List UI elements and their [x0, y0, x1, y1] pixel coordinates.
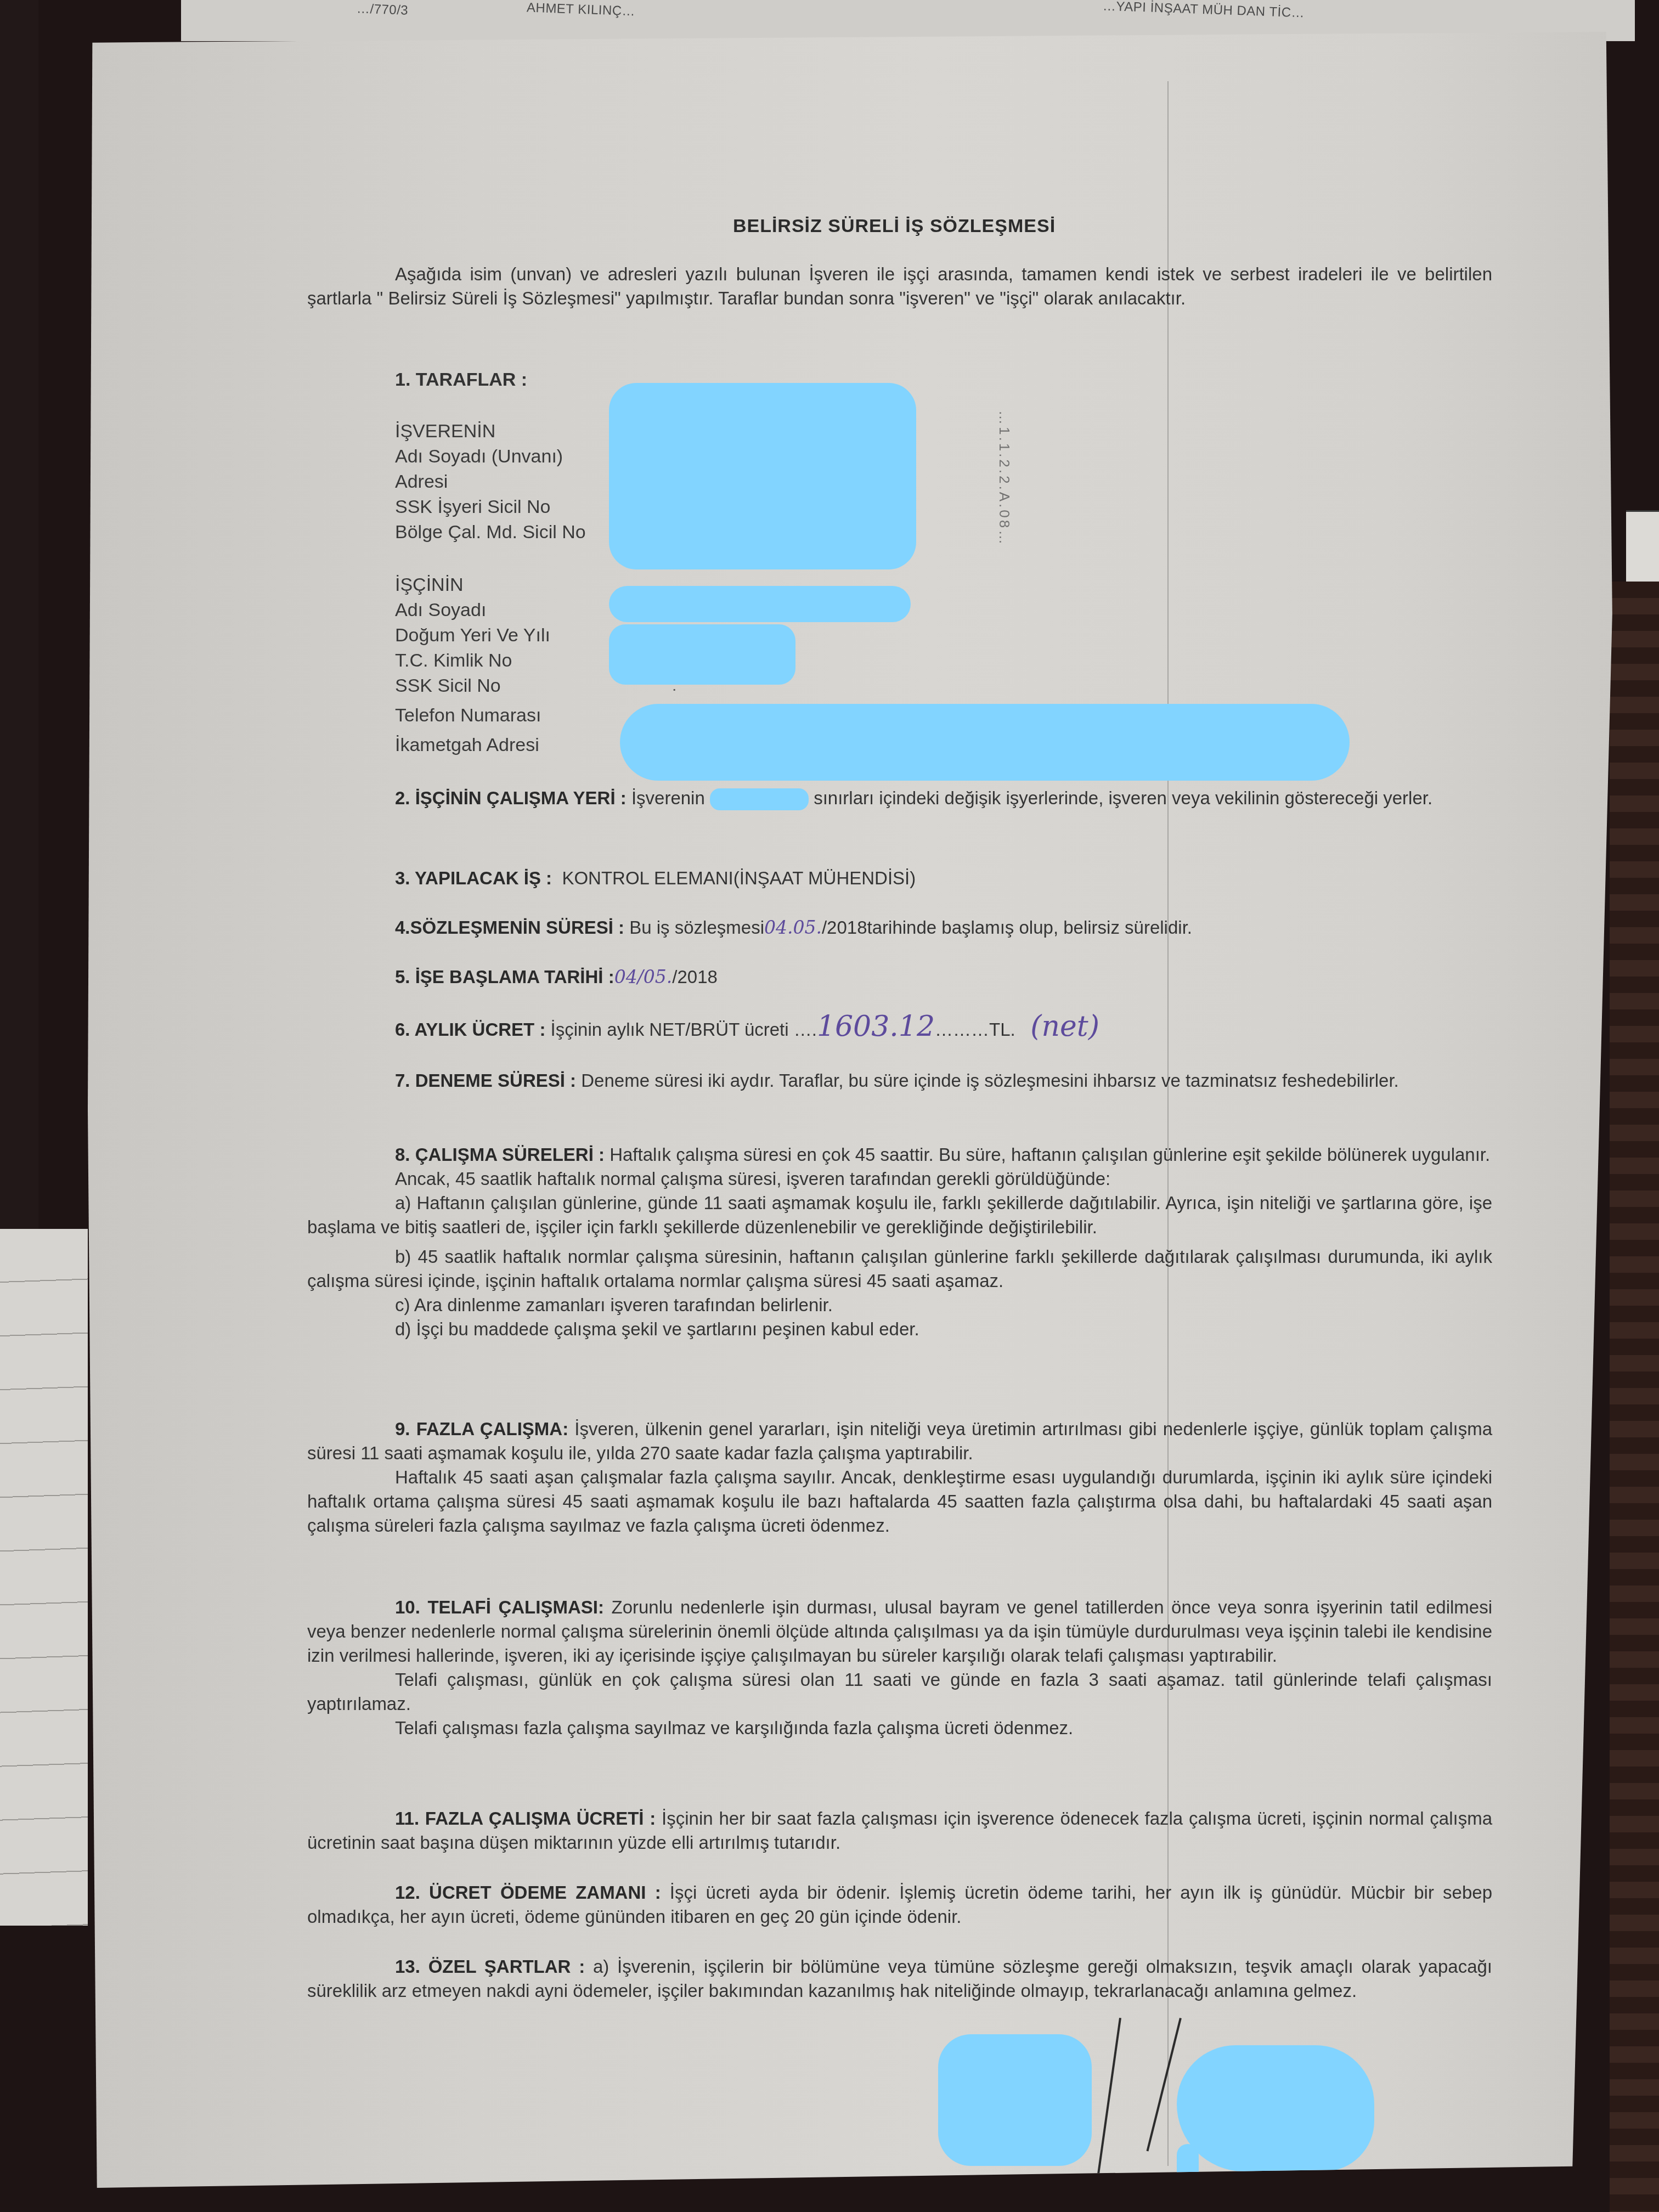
section-3-heading: 3. YAPILACAK İŞ : — [395, 868, 552, 888]
employee-id-redaction — [609, 624, 795, 685]
contract-page: BELİRSİZ SÜRELİ İŞ SÖZLEŞMESİ Aşağıda is… — [88, 32, 1618, 2188]
employee-field-label: Adı Soyadı — [395, 597, 550, 623]
section-13-heading: 13. ÖZEL ŞARTLAR : — [395, 1956, 585, 1977]
employee-field-label: Telefon Numarası — [395, 703, 550, 728]
employee-field-label: T.C. Kimlik No — [395, 648, 550, 673]
section-10: 10. TELAFİ ÇALIŞMASI: Zorunlu nedenlerle… — [307, 1595, 1492, 1740]
signature-stroke — [1147, 2018, 1182, 2152]
section-5: 5. İŞE BAŞLAMA TARİHİ :04/05./2018 — [395, 964, 718, 990]
section-7: 7. DENEME SÜRESİ : Deneme süresi iki ayd… — [307, 1069, 1492, 1093]
handwritten-contract-date: 04.05. — [764, 917, 822, 938]
section-8: 8. ÇALIŞMA SÜRELERİ : Haftalık çalışma s… — [307, 1143, 1492, 1341]
employee-heading: İŞÇİNİN — [395, 572, 550, 597]
signature-stroke — [1096, 2018, 1121, 2181]
section-3: 3. YAPILACAK İŞ : KONTROL ELEMANI(İNŞAAT… — [395, 866, 916, 891]
section-5-heading: 5. İŞE BAŞLAMA TARİHİ : — [395, 967, 614, 987]
section-8-heading: 8. ÇALIŞMA SÜRELERİ : — [395, 1144, 605, 1165]
location-redaction — [710, 788, 809, 810]
underlying-name: AHMET KILINÇ… — [527, 1, 636, 20]
employee-labels: İŞÇİNİN Adı Soyadı Doğum Yeri Ve Yılı T.… — [395, 572, 550, 758]
employer-labels: İŞVERENİN Adı Soyadı (Unvanı) Adresi SSK… — [395, 419, 586, 545]
background-dark-left — [0, 0, 38, 1229]
section-9: 9. FAZLA ÇALIŞMA: İşveren, ülkenin genel… — [307, 1417, 1492, 1538]
employer-field-label: Bölge Çal. Md. Sicil No — [395, 520, 586, 545]
document-title: BELİRSİZ SÜRELİ İŞ SÖZLEŞMESİ — [88, 216, 1659, 237]
signature-2-redaction — [1177, 2045, 1374, 2171]
employer-field-label: SSK İşyeri Sicil No — [395, 494, 586, 520]
job-title: KONTROL ELEMANI(İNŞAAT MÜHENDİSİ) — [562, 868, 916, 888]
section-7-heading: 7. DENEME SÜRESİ : — [395, 1070, 576, 1091]
section-4-heading: 4.SÖZLEŞMENİN SÜRESİ : — [395, 917, 624, 938]
employee-field-label: İkametgah Adresi — [395, 732, 550, 758]
employer-field-label: Adresi — [395, 469, 586, 494]
section-2-heading: 2. İŞÇİNİN ÇALIŞMA YERİ : — [395, 788, 627, 808]
intro-paragraph: Aşağıda isim (unvan) ve adresleri yazılı… — [307, 262, 1492, 311]
section-11-heading: 11. FAZLA ÇALIŞMA ÜCRETİ : — [395, 1808, 656, 1829]
employer-redaction — [609, 383, 916, 569]
signature-2-tail-redaction — [1177, 2144, 1199, 2210]
employer-field-label: Adı Soyadı (Unvanı) — [395, 444, 586, 469]
employee-field-label: Doğum Yeri Ve Yılı — [395, 623, 550, 648]
section-2: 2. İŞÇİNİN ÇALIŞMA YERİ : İşverenin sını… — [307, 786, 1492, 810]
section-12: 12. ÜCRET ÖDEME ZAMANI : İşçi ücreti ayd… — [307, 1881, 1492, 1929]
section-12-heading: 12. ÜCRET ÖDEME ZAMANI : — [395, 1882, 661, 1903]
section-13: 13. ÖZEL ŞARTLAR : a) İşverenin, işçiler… — [307, 1955, 1492, 2003]
underlying-company: …YAPI İNŞAAT MÜH DAN TİC… — [1103, 0, 1305, 21]
section-10-heading: 10. TELAFİ ÇALIŞMASI: — [395, 1597, 604, 1617]
section-6: 6. AYLIK ÜCRET : İşçinin aylık NET/BRÜT … — [395, 1014, 1099, 1042]
handwritten-net-note: (net) — [1030, 1010, 1099, 1043]
employee-contact-redaction — [620, 704, 1350, 781]
signature-1-redaction — [938, 2034, 1092, 2166]
employee-name-redaction — [609, 586, 911, 622]
stamp-marks: …1.1.2.2.A.08… — [996, 410, 1013, 546]
employer-heading: İŞVERENİN — [395, 419, 586, 444]
handwritten-start-date: 04/05. — [614, 966, 673, 988]
section-1-heading: 1. TARAFLAR : — [395, 369, 527, 391]
underlying-ref: …/770/3 — [357, 1, 409, 18]
employee-field-label: SSK Sicil No — [395, 673, 550, 698]
section-4: 4.SÖZLEŞMENİN SÜRESİ : Bu iş sözleşmesi0… — [395, 915, 1192, 940]
section-9-heading: 9. FAZLA ÇALIŞMA: — [395, 1419, 568, 1439]
background-ruled-paper — [0, 1229, 88, 1926]
section-6-heading: 6. AYLIK ÜCRET : — [395, 1019, 545, 1040]
background-wood-surface — [1610, 582, 1659, 2212]
handwritten-salary: 1603.12 — [817, 1010, 935, 1043]
section-11: 11. FAZLA ÇALIŞMA ÜCRETİ : İşçinin her b… — [307, 1807, 1492, 1855]
